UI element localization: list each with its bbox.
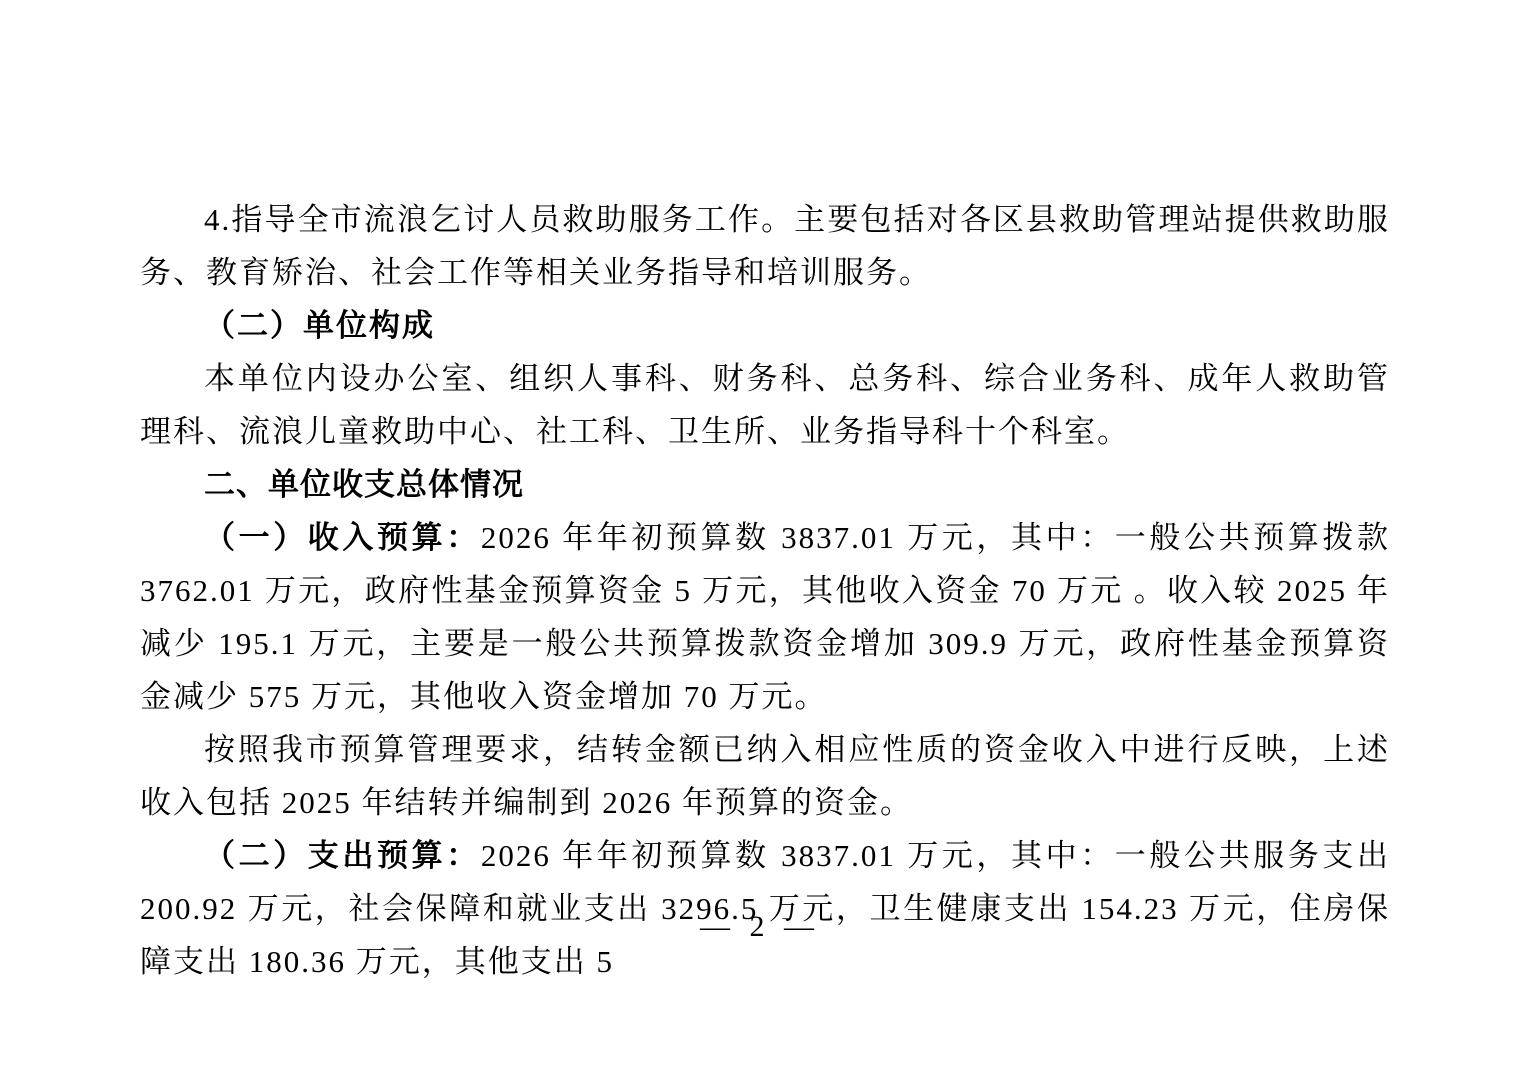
- paragraph-income-budget: （一）收入预算：2026 年年初预算数 3837.01 万元，其中：一般公共预算…: [140, 511, 1390, 723]
- heading-unit-composition: （二）单位构成: [140, 299, 1390, 352]
- paragraph-unit-composition: 本单位内设办公室、组织人事科、财务科、总务科、综合业务科、成年人救助管理科、流浪…: [140, 352, 1390, 458]
- income-budget-label: （一）收入预算：: [204, 520, 481, 555]
- document-page: 4.指导全市流浪乞讨人员救助服务工作。主要包括对各区县救助管理站提供救助服务、教…: [0, 0, 1520, 1074]
- heading-overall-revenue-expenditure: 二、单位收支总体情况: [140, 458, 1390, 511]
- expenditure-budget-label: （二）支出预算：: [204, 838, 481, 873]
- page-number: — 2 —: [0, 905, 1520, 949]
- document-body: 4.指导全市流浪乞讨人员救助服务工作。主要包括对各区县救助管理站提供救助服务、教…: [140, 193, 1390, 988]
- paragraph-carryover-note: 按照我市预算管理要求，结转金额已纳入相应性质的资金收入中进行反映，上述收入包括 …: [140, 723, 1390, 829]
- paragraph-duty-item-4: 4.指导全市流浪乞讨人员救助服务工作。主要包括对各区县救助管理站提供救助服务、教…: [140, 193, 1390, 299]
